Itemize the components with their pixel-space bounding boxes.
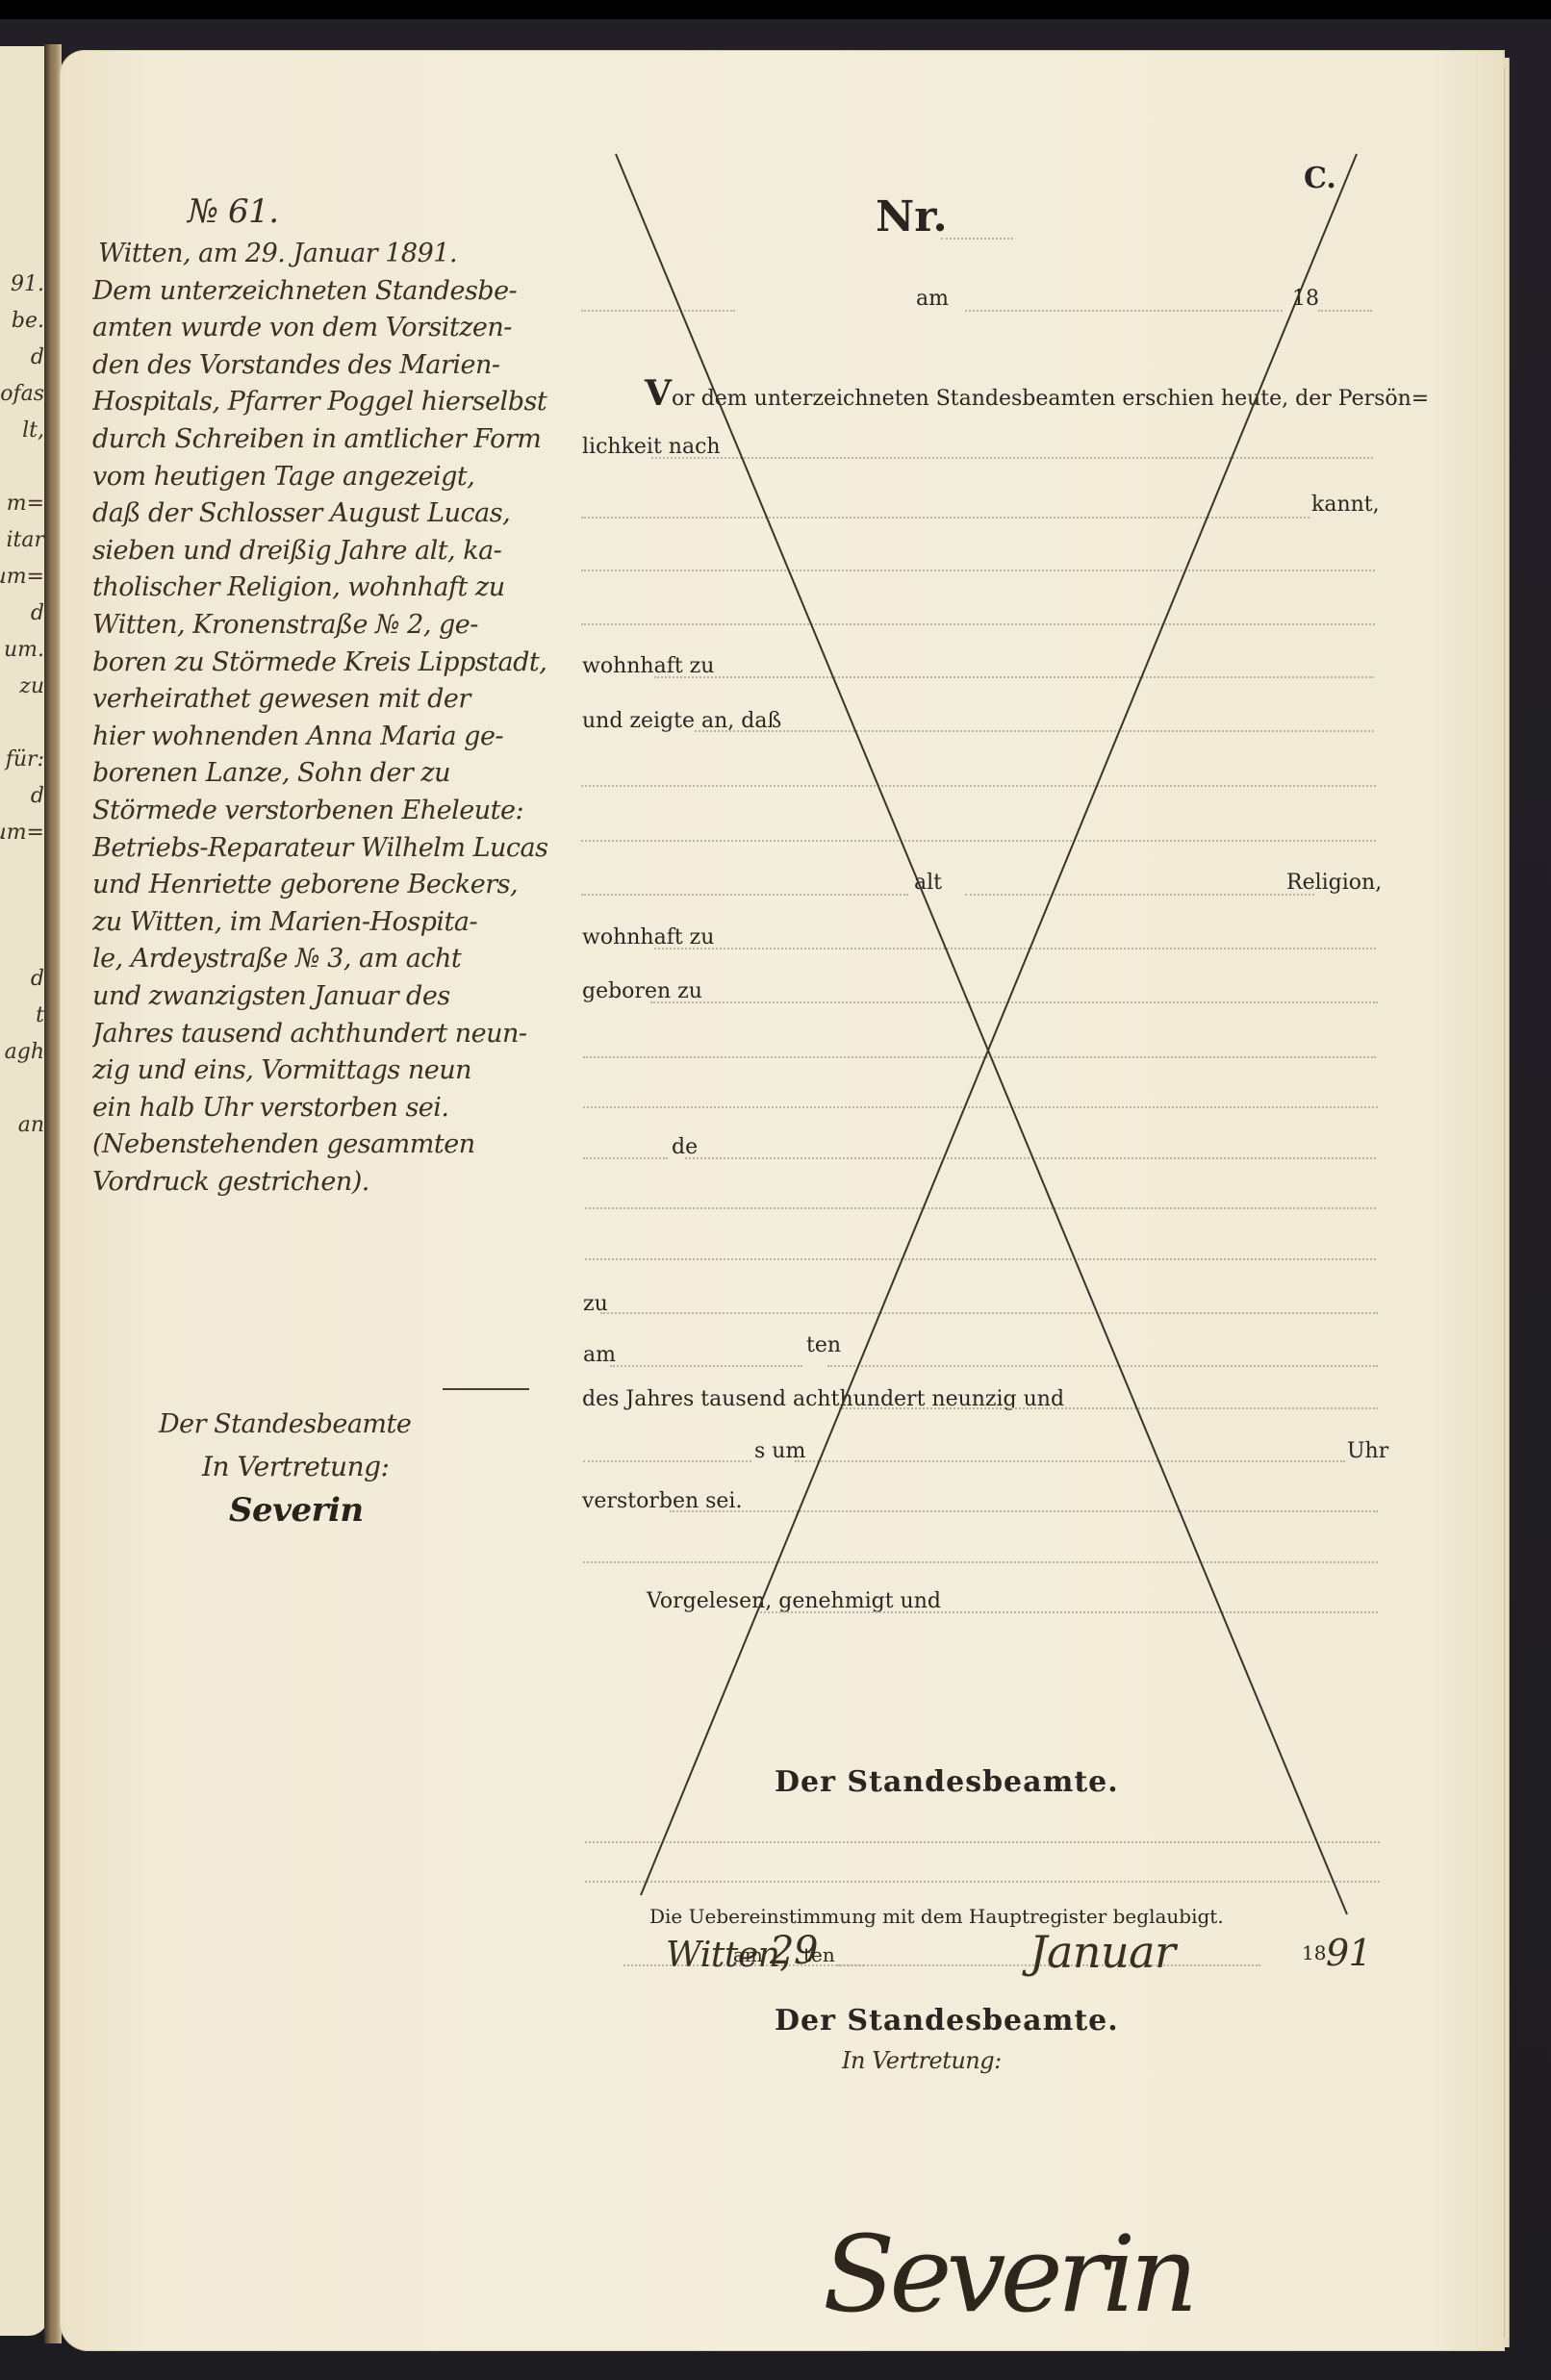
- blank-row-8: [585, 1258, 1376, 1260]
- handwritten-line: zu Witten, im Marien-Hospita-: [92, 907, 578, 937]
- previous-page-text-fragment: d: [31, 967, 44, 991]
- form-intro: Vor dem unterzeichneten Standesbeamten e…: [645, 373, 1429, 414]
- cert-ten: ten: [803, 1943, 835, 1966]
- previous-page-text-fragment: agh: [5, 1040, 44, 1064]
- handwritten-signature: Severin: [229, 1491, 364, 1530]
- residence-field-2: [654, 948, 1376, 949]
- handwritten-line: borenen Lanze, Sohn der zu: [92, 758, 578, 788]
- blank-row-5: [583, 1056, 1376, 1058]
- handwritten-line: Hospitals, Pfarrer Poggel hierselbst: [92, 387, 578, 417]
- signature-row-2: [585, 1881, 1380, 1883]
- form-intro-initial: V: [645, 373, 672, 414]
- form-am-2: am: [583, 1343, 616, 1367]
- blank-row-1: [581, 570, 1375, 571]
- handwritten-closing-title: Der Standesbeamte: [159, 1409, 411, 1439]
- handwritten-line: und zwanzigsten Januar des: [92, 981, 578, 1011]
- previous-page-text-fragment: um.: [4, 638, 44, 662]
- handwritten-line: den des Vorstandes des Marien-: [92, 350, 578, 380]
- previous-page-text-fragment: um=: [0, 565, 44, 589]
- handwritten-line: tholischer Religion, wohnhaft zu: [92, 572, 578, 602]
- blank-row-9: [583, 1561, 1378, 1563]
- residence-field-1: [654, 676, 1374, 678]
- previous-page-text-fragment: t: [36, 1003, 44, 1027]
- handwritten-line: (Nebenstehenden gesammten: [92, 1129, 578, 1159]
- death-place-field: [600, 1312, 1378, 1314]
- previous-page-text-fragment: m=: [7, 492, 44, 516]
- previous-page-text-fragment: itar: [6, 528, 44, 552]
- cert-year-suffix: 91: [1326, 1932, 1371, 1974]
- form-religion: Religion,: [1286, 871, 1382, 895]
- form-year-prefix: 18: [1292, 287, 1319, 311]
- de-field: [685, 1157, 1376, 1159]
- blank-row-2: [581, 623, 1375, 625]
- handwritten-line: hier wohnenden Anna Maria ge-: [92, 722, 578, 751]
- de-prefix-field: [583, 1157, 668, 1159]
- declaration-field: [695, 730, 1374, 732]
- cert-am: am: [733, 1943, 763, 1966]
- handwritten-line: verheirathet gewesen mit der: [92, 684, 578, 714]
- previous-page-text-fragment: um=: [0, 821, 44, 845]
- form-geboren: geboren zu: [582, 979, 702, 1003]
- handwritten-line: ein halb Uhr verstorben sei.: [92, 1093, 578, 1123]
- form-wohnhaft-2: wohnhaft zu: [582, 925, 714, 949]
- form-ten: ten: [806, 1333, 841, 1357]
- death-year-field: [839, 1407, 1378, 1409]
- form-signatory-2: Der Standesbeamte.: [775, 2004, 1119, 2038]
- handwritten-line: Störmede verstorbenen Eheleute:: [92, 796, 578, 825]
- previous-page-text-fragment: be.: [12, 309, 44, 333]
- verstorben-field: [670, 1510, 1378, 1512]
- form-certification: Die Uebereinstimmung mit dem Hauptregist…: [649, 1905, 1224, 1928]
- blank-row-7: [585, 1207, 1376, 1209]
- form-intro-text: or dem unterzeichneten Standesbeamten er…: [672, 387, 1429, 411]
- place-field: [581, 310, 735, 312]
- form-uhr: Uhr: [1347, 1439, 1388, 1463]
- form-alt: alt: [914, 871, 942, 895]
- handwritten-line: sieben und dreißig Jahre alt, ka-: [92, 536, 578, 566]
- previous-page-text-fragment: zu: [19, 674, 44, 698]
- age-field: [965, 894, 1314, 896]
- handwritten-line: Vordruck gestrichen).: [92, 1167, 578, 1197]
- form-section-letter: C.: [1304, 162, 1336, 195]
- previous-page-text-fragment: für:: [6, 747, 44, 772]
- window-title-bar: /Abt_Ostwestfalen-Lippe/P6/P6-24/~002/P6…: [0, 0, 1551, 19]
- death-month-field: [827, 1365, 1378, 1367]
- cert-month: Januar: [1030, 1926, 1176, 1978]
- handwritten-line: Betriebs-Reparateur Wilhelm Lucas: [92, 833, 578, 863]
- cert-deputy-note: In Vertretung:: [842, 2047, 1002, 2074]
- entry-number: № 61.: [188, 192, 279, 231]
- form-nr-label: Nr.: [876, 192, 948, 241]
- handwritten-line: Witten, Kronenstraße № 2, ge-: [92, 610, 578, 640]
- handwritten-deputy-note: In Vertretung:: [202, 1451, 389, 1482]
- handwritten-line: Witten, am 29. Januar 1891.: [98, 239, 584, 268]
- handwritten-line: zig und eins, Vormittags neun: [92, 1055, 578, 1085]
- previous-page-sliver: 91.be.dSofaslt,m=itarum=dum.zufür:dum=dt…: [0, 46, 48, 2336]
- identity-field-2: [581, 517, 1309, 519]
- form-kannt: kannt,: [1311, 493, 1380, 517]
- signature-row-1: [585, 1841, 1380, 1843]
- previous-page-text-fragment: Sofas: [0, 382, 44, 406]
- handwritten-line: Dem unterzeichneten Standesbe-: [92, 276, 578, 306]
- cert-year-prefix: 18: [1302, 1941, 1326, 1964]
- page-fold-line: [1504, 67, 1505, 2338]
- handwritten-line: durch Schreiben in amtlicher Form: [92, 424, 578, 454]
- form-wohnhaft-1: wohnhaft zu: [582, 654, 714, 678]
- blank-row-3: [581, 785, 1376, 787]
- handwritten-line: boren zu Störmede Kreis Lippstadt,: [92, 647, 578, 677]
- blank-row-4: [581, 840, 1376, 842]
- previous-page-text-fragment: d: [31, 345, 44, 369]
- previous-page-text-fragment: 91.: [11, 272, 44, 296]
- handwritten-line: Jahres tausend achthundert neun-: [92, 1019, 578, 1049]
- handwritten-line: und Henriette geborene Beckers,: [92, 870, 578, 899]
- handwritten-line: le, Ardeystraße № 3, am acht: [92, 944, 578, 974]
- form-signatory-1: Der Standesbeamte.: [775, 1765, 1119, 1799]
- handwritten-line: daß der Schlosser August Lucas,: [92, 498, 578, 528]
- death-day-field: [610, 1365, 802, 1367]
- identity-field: [651, 457, 1373, 459]
- death-time-field: [795, 1460, 1345, 1462]
- blank-row-6: [583, 1106, 1378, 1108]
- form-vorgelesen: Vorgelesen, genehmigt und: [647, 1589, 941, 1613]
- form-de: de: [672, 1135, 698, 1159]
- form-intro-cont: lichkeit nach: [582, 435, 721, 459]
- previous-page-text-fragment: d: [31, 601, 44, 625]
- birthplace-field: [650, 1001, 1378, 1003]
- death-time-prefix-field: [583, 1460, 751, 1462]
- previous-page-text-fragment: d: [31, 784, 44, 808]
- year-field: [1318, 310, 1372, 312]
- form-am-label: am: [916, 287, 949, 311]
- date-field: [965, 310, 1283, 312]
- handwritten-line: vom heutigen Tage angezeigt,: [92, 462, 578, 492]
- vorgelesen-field: [760, 1611, 1378, 1613]
- age-prefix-field: [581, 894, 908, 896]
- previous-page-text-fragment: an: [18, 1113, 44, 1137]
- closing-rule: [443, 1388, 529, 1390]
- previous-page-text-fragment: lt,: [22, 418, 44, 443]
- nr-field: [941, 238, 1013, 240]
- handwritten-line: amten wurde von dem Vorsitzen-: [92, 313, 578, 342]
- cert-signature: Severin: [823, 2213, 1192, 2336]
